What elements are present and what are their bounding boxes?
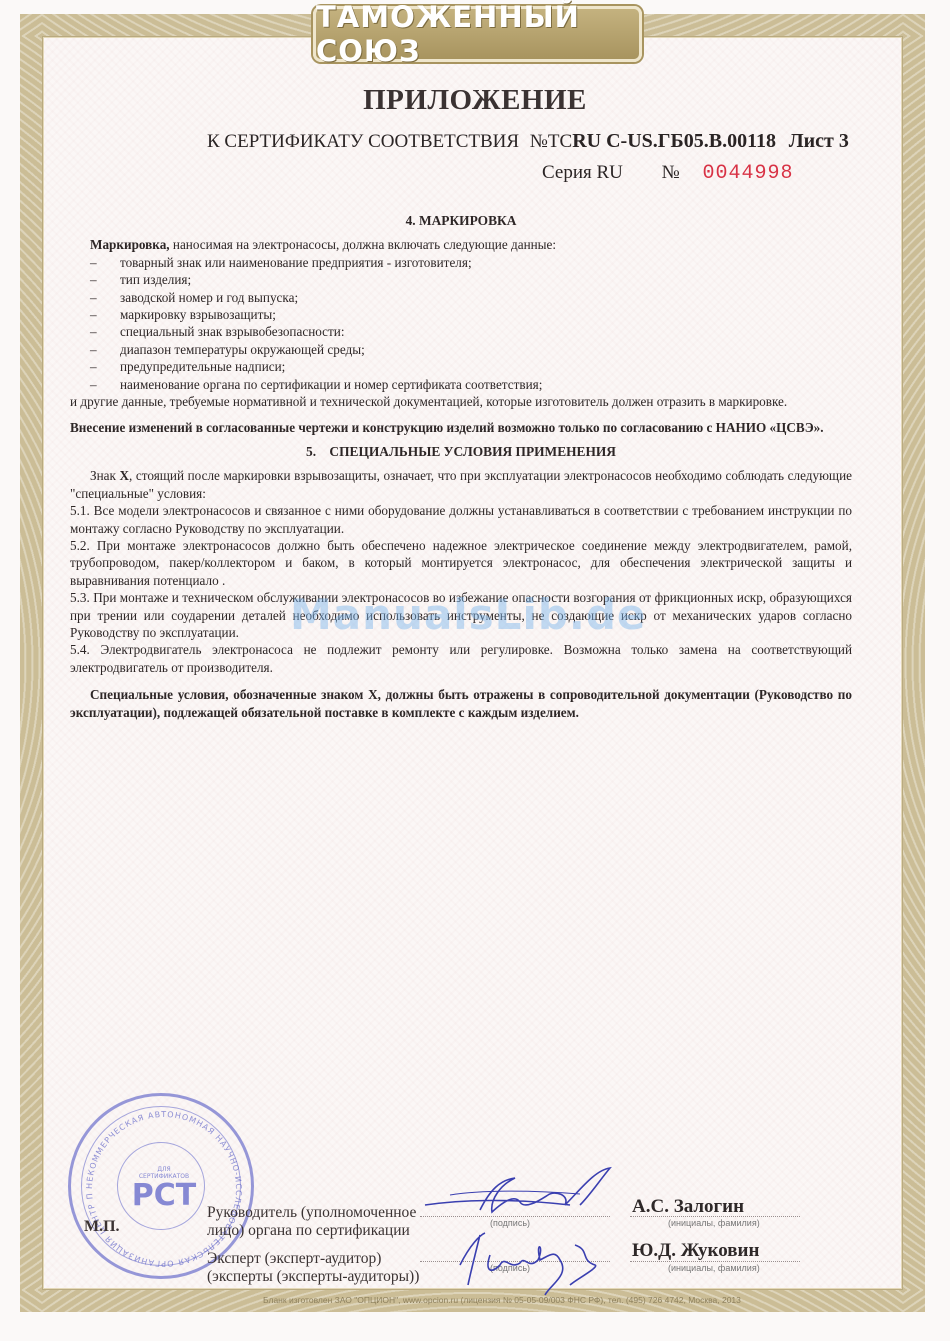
head-label-line2: лицо) органа по сертификации <box>207 1222 416 1240</box>
dash-bullet: – <box>70 306 120 323</box>
page-title: ПРИЛОЖЕНИЕ <box>0 84 950 117</box>
intro-pre: Знак <box>90 468 120 483</box>
marking-item-text: заводской номер и год выпуска; <box>120 289 298 306</box>
marking-list-item: –специальный знак взрывобезопасности: <box>70 323 852 340</box>
certificate-reference: К СЕРТИФИКАТУ СООТВЕТСТВИЯ №ТСRU C-US.ГБ… <box>207 130 849 153</box>
marking-item-text: товарный знак или наименование предприят… <box>120 254 472 271</box>
marking-list-item: –предупредительные надписи; <box>70 358 852 375</box>
marking-intro-bold: Маркировка, <box>90 237 170 252</box>
marking-intro-text: наносимая на электронасосы, должна включ… <box>170 237 556 252</box>
marking-item-text: наименование органа по сертификации и но… <box>120 376 542 393</box>
serial-number: 0044998 <box>703 162 794 185</box>
expert-label-line2: (эксперты (эксперты-аудиторы)) <box>207 1268 419 1286</box>
marking-list-item: –маркировку взрывозащиты; <box>70 306 852 323</box>
dash-bullet: – <box>70 323 120 340</box>
seal-logo: ДЛЯ СЕРТИФИКАТОВ РСТ <box>131 1166 197 1212</box>
head-label-line1: Руководитель (уполномоченное <box>207 1204 416 1222</box>
seal-text-mid: СЕРТИФИКАТОВ <box>131 1173 197 1180</box>
expert-label: Эксперт (эксперт-аудитор) (эксперты (экс… <box>207 1250 419 1286</box>
clause: 5.3. При монтаже и техническом обслужива… <box>70 589 852 641</box>
head-name-caption: (инициалы, фамилия) <box>668 1218 760 1228</box>
dash-bullet: – <box>70 271 120 288</box>
seal-place-label: М.П. <box>84 1218 120 1236</box>
series-value: RU <box>597 162 623 183</box>
expert-name: Ю.Д. Жуковин <box>632 1240 759 1262</box>
number-label: № <box>662 162 680 183</box>
clause: 5.1. Все модели электронасосов и связанн… <box>70 502 852 537</box>
marking-closing: и другие данные, требуемые нормативной и… <box>70 393 852 410</box>
clauses-list: 5.1. Все модели электронасосов и связанн… <box>70 502 852 676</box>
expert-label-line1: Эксперт (эксперт-аудитор) <box>207 1250 419 1268</box>
x-mark: X <box>120 468 130 483</box>
head-signature-icon <box>420 1160 620 1225</box>
dash-bullet: – <box>70 358 120 375</box>
head-label: Руководитель (уполномоченное лицо) орган… <box>207 1204 416 1240</box>
certificate-no-label: №ТС <box>530 131 572 152</box>
expert-signature-icon <box>450 1225 620 1300</box>
marking-list-item: –диапазон температуры окружающей среды; <box>70 341 852 358</box>
marking-list: –товарный знак или наименование предприя… <box>70 254 852 393</box>
marking-item-text: тип изделия; <box>120 271 191 288</box>
marking-list-item: –товарный знак или наименование предприя… <box>70 254 852 271</box>
section-5-heading: 5. СПЕЦИАЛЬНЫЕ УСЛОВИЯ ПРИМЕНЕНИЯ <box>70 443 852 460</box>
dash-bullet: – <box>70 376 120 393</box>
special-conditions-intro: Знак X, стоящий после маркировки взрывоз… <box>70 467 852 502</box>
clause: 5.2. При монтаже электронасосов должно б… <box>70 537 852 589</box>
intro-post: , стоящий после маркировки взрывозащиты,… <box>70 468 852 500</box>
rst-logo-icon: РСТ <box>131 1180 197 1212</box>
marking-list-item: –заводской номер и год выпуска; <box>70 289 852 306</box>
certificate-prefix: К СЕРТИФИКАТУ СООТВЕТСТВИЯ <box>207 131 519 152</box>
marking-item-text: маркировку взрывозащиты; <box>120 306 276 323</box>
marking-list-item: –тип изделия; <box>70 271 852 288</box>
marking-intro: Маркировка, наносимая на электронасосы, … <box>70 236 852 253</box>
svg-text:НЕКОММЕРЧЕСКАЯ АВТОНОМНАЯ НАУЧ: НЕКОММЕРЧЕСКАЯ АВТОНОМНАЯ НАУЧНО-ИССЛЕДО… <box>71 1096 243 1268</box>
certificate-number: RU C-US.ГБ05.В.00118 <box>572 130 776 152</box>
section-4-heading: 4. МАРКИРОВКА <box>70 212 852 229</box>
customs-union-banner: ТАМОЖЕННЫЙ СОЮЗ <box>313 6 642 62</box>
head-name: А.С. Залогин <box>632 1196 744 1218</box>
marking-item-text: специальный знак взрывобезопасности: <box>120 323 345 340</box>
dash-bullet: – <box>70 289 120 306</box>
document-body: 4. МАРКИРОВКА Маркировка, наносимая на э… <box>70 212 852 721</box>
marking-item-text: диапазон температуры окружающей среды; <box>120 341 365 358</box>
marking-list-item: –наименование органа по сертификации и н… <box>70 376 852 393</box>
sheet-number: Лист 3 <box>789 130 849 152</box>
changes-note: Внесение изменений в согласованные черте… <box>70 419 852 436</box>
final-note: Специальные условия, обозначенные знаком… <box>70 686 852 721</box>
marking-item-text: предупредительные надписи; <box>120 358 285 375</box>
dash-bullet: – <box>70 254 120 271</box>
seal-text-top: ДЛЯ <box>131 1166 197 1173</box>
series-line: Серия RU № 0044998 <box>542 162 794 185</box>
banner-text: ТАМОЖЕННЫЙ СОЮЗ <box>316 0 639 68</box>
clause: 5.4. Электродвигатель электронасоса не п… <box>70 641 852 676</box>
form-printer-footer: Бланк изготовлен ЗАО "ОПЦИОН", www.opcio… <box>263 1295 741 1305</box>
series-label: Серия <box>542 162 592 183</box>
expert-name-caption: (инициалы, фамилия) <box>668 1263 760 1273</box>
dash-bullet: – <box>70 341 120 358</box>
